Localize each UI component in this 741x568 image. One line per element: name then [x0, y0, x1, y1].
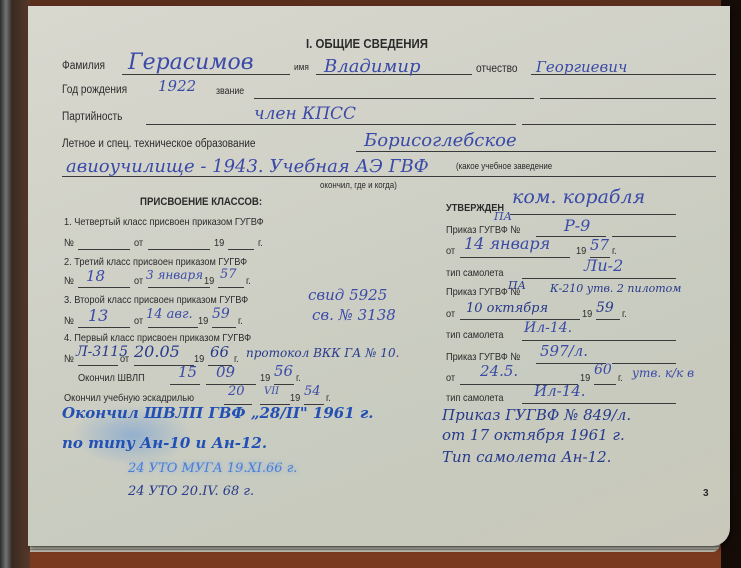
class-3-date: 3 января [146, 268, 203, 282]
number-sign: № [64, 315, 74, 327]
squadron-day: 20 [228, 384, 245, 399]
education-hint-right: (какое учебное заведение [456, 161, 552, 171]
year-prefix: 19 [582, 308, 592, 320]
aircraft-label-2: тип самолета [446, 329, 504, 341]
handwritten-left-line2: по типу Ан-10 и Ан-12. [62, 434, 267, 452]
from-label: от [446, 245, 455, 257]
order-date-1: 14 января [464, 234, 550, 253]
year-prefix: 19 [260, 372, 270, 384]
class-2-year: 59 [212, 306, 230, 322]
education-value-line2: авиоучилище - 1943. Учебная АЭ ГВФ [66, 156, 429, 177]
patronymic-value: Георгиевич [536, 58, 627, 76]
number-sign: № [64, 353, 74, 365]
party-value: член КПСС [254, 104, 356, 124]
aircraft-value-1: Ли-2 [584, 256, 623, 275]
year-suffix: г. [326, 392, 331, 404]
handwritten-right-line3: Тип самолета Ан-12. [442, 448, 611, 466]
surname-value: Герасимов [128, 50, 254, 75]
from-label: от [134, 237, 143, 249]
year-suffix: г. [246, 275, 251, 287]
approved-value: ком. корабля [512, 186, 645, 208]
handwritten-left-line1: Окончил ШВЛП ГВФ „28/II" 1961 г. [62, 404, 374, 422]
order-date-3: 24.5. [480, 362, 518, 380]
year-suffix: г. [238, 315, 243, 327]
class-3-year: 57 [220, 267, 237, 282]
class-2-date: 14 авг. [146, 307, 193, 322]
education-label: Летное и спец. техническое образование [62, 138, 256, 150]
from-label: от [446, 372, 455, 384]
handwritten-left-line4: 24 УТО 20.IV. 68 г. [128, 484, 254, 499]
class-1-date: 20.05 [134, 342, 180, 361]
year-prefix: 19 [214, 237, 224, 249]
year-suffix: г. [258, 237, 263, 249]
order-note-3: утв. к/к в [632, 366, 694, 380]
surname-label: Фамилия [62, 60, 105, 72]
order-correction-1: ПА [494, 210, 512, 223]
squadron-month: VII [264, 386, 279, 397]
squadron-label: Окончил учебную эскадрилью [64, 392, 194, 404]
shvlp-day: 15 [178, 363, 197, 381]
order-year-3: 60 [594, 362, 612, 378]
aircraft-label-1: тип самолета [446, 267, 504, 279]
rank-label: звание [216, 86, 244, 97]
year-prefix: 19 [204, 275, 214, 287]
shvlp-month: 09 [216, 363, 235, 381]
birth-year-value: 1922 [158, 77, 196, 95]
order-date-2: 10 октября [466, 301, 548, 316]
order-value-1: Р-9 [564, 216, 590, 235]
classes-heading: ПРИСВОЕНИЕ КЛАССОВ: [140, 196, 262, 208]
squadron-year: 54 [304, 384, 321, 399]
year-suffix: г. [618, 372, 623, 384]
education-hint-bottom: окончил, где и когда) [320, 180, 397, 190]
order-value-3: 597/л. [540, 342, 588, 360]
number-sign: № [64, 275, 74, 287]
name-label: имя [294, 62, 309, 73]
handwritten-right-line1: Приказ ГУГВФ № 849/л. [442, 406, 631, 424]
year-prefix: 19 [290, 392, 300, 404]
order-correction-2: ПА [508, 279, 526, 292]
aircraft-value-3: Ил-14. [534, 382, 586, 400]
page-number: 3 [703, 488, 709, 499]
handwritten-right-line2: от 17 октября 1961 г. [442, 426, 625, 444]
shvlp-label: Окончил ШВЛП [78, 372, 145, 384]
aircraft-value-2: Ил-14. [524, 320, 572, 336]
birth-year-label: Год рождения [62, 84, 127, 96]
year-prefix: 19 [198, 315, 208, 327]
education-value-line1: Борисоглебское [364, 130, 517, 151]
order-year-1: 57 [590, 236, 609, 254]
class-2-label: 3. Второй класс присвоен приказом ГУГВФ [64, 294, 248, 306]
handwritten-left-line3: 24 УТО МУГА 19.XI.66 г. [128, 461, 297, 476]
order-year-2: 59 [596, 300, 614, 316]
number-sign: № [64, 237, 74, 249]
class-3-number: 18 [86, 267, 105, 285]
from-label: от [134, 275, 143, 287]
class-1-year: 66 [210, 343, 229, 361]
class-4-label: 1. Четвертый класс присвоен приказом ГУГ… [64, 216, 264, 228]
shvlp-year: 56 [274, 362, 293, 380]
class-2-note: св. № 3138 [312, 306, 396, 324]
year-suffix: г. [622, 308, 627, 320]
section-title: I. ОБЩИЕ СВЕДЕНИЯ [306, 36, 428, 51]
party-label: Партийность [62, 111, 122, 123]
book-binding-left [0, 0, 30, 568]
class-2-label-note: свид 5925 [308, 286, 387, 304]
order-value-2: К-210 утв. 2 пилотом [550, 282, 681, 295]
class-1-note: протокол ВКК ГА № 10. [246, 346, 399, 360]
document-page: I. ОБЩИЕ СВЕДЕНИЯ Фамилия Герасимов имя … [28, 6, 730, 546]
aircraft-label-3: тип самолета [446, 392, 504, 404]
from-label: от [134, 315, 143, 327]
name-value: Владимир [324, 56, 420, 77]
class-2-number: 13 [88, 306, 108, 325]
patronymic-label: отчество [476, 63, 518, 75]
year-suffix: г. [296, 372, 301, 384]
from-label: от [446, 308, 455, 320]
from-label: от [120, 353, 129, 365]
